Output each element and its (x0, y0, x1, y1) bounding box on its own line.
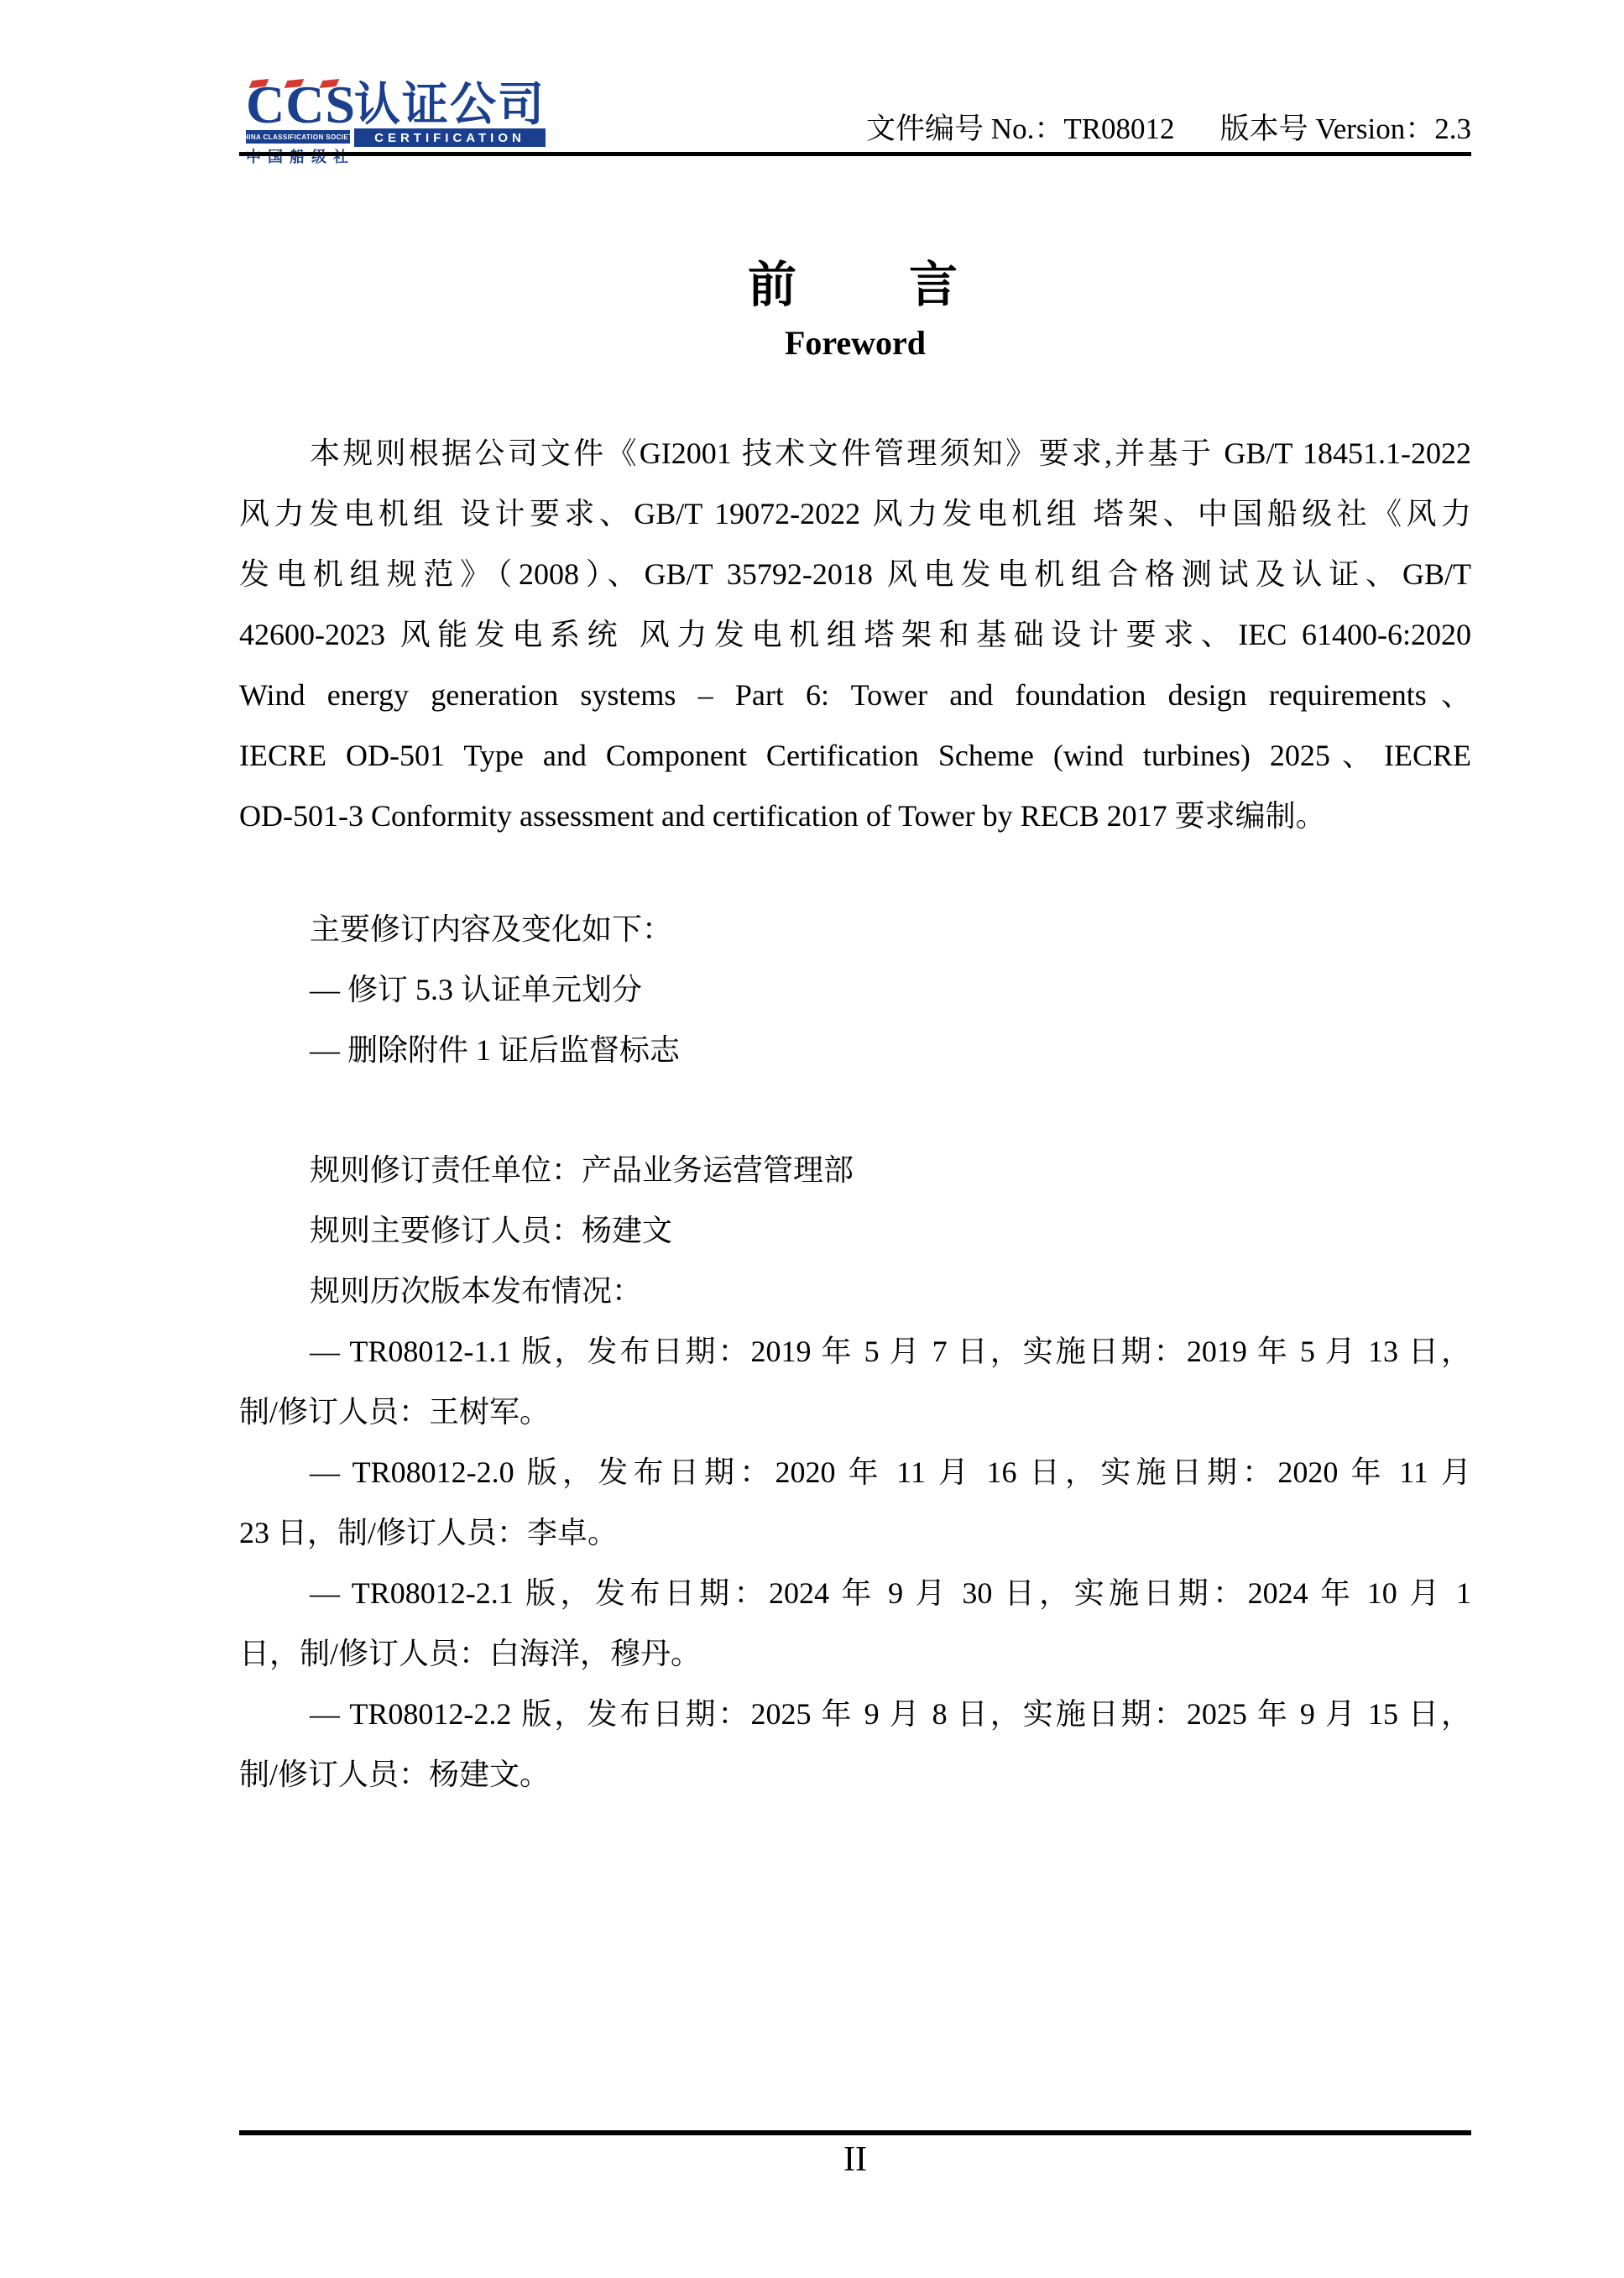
body-line: 日，制/修订人员：白海洋，穆丹。 (239, 1623, 1471, 1684)
body-line: 制/修订人员：王树军。 (239, 1382, 1471, 1442)
body-line: IECRE OD-501 Type and Component Certific… (239, 725, 1471, 786)
version-number: 版本号 Version：2.3 (1220, 112, 1471, 147)
body-line: 23 日，制/修订人员：李卓。 (239, 1502, 1471, 1563)
header-meta: 文件编号 No.：TR08012 版本号 Version：2.3 (239, 112, 1471, 147)
body-line: 规则历次版本发布情况： (239, 1261, 1471, 1321)
body-line: 规则修订责任单位：产品业务运营管理部 (239, 1140, 1471, 1200)
body-line: 制/修订人员：杨建文。 (239, 1744, 1471, 1805)
header-divider (239, 152, 1471, 156)
page-number: II (239, 2140, 1471, 2180)
body-line: — TR08012-1.1 版，发布日期：2019 年 5 月 7 日，实施日期… (239, 1321, 1471, 1382)
page-title-cn: 前 言 (239, 245, 1471, 316)
document-page: CCS CHINA CLASSIFICATION SOCIETY 中国船级社 认… (0, 0, 1624, 2278)
body-line: OD-501-3 Conformity assessment and certi… (239, 786, 1471, 846)
body-line: 规则主要修订人员：杨建文 (239, 1200, 1471, 1261)
body-line: Wind energy generation systems – Part 6:… (239, 665, 1471, 725)
body-line: — TR08012-2.1 版，发布日期：2024 年 9 月 30 日，实施日… (239, 1563, 1471, 1623)
body-line: — 删除附件 1 证后监督标志 (239, 1020, 1471, 1080)
body-line: 发电机组规范》（2008）、GB/T 35792-2018 风电发电机组合格测试… (239, 544, 1471, 604)
body-text: 本规则根据公司文件《GI2001 技术文件管理须知》要求,并基于 GB/T 18… (239, 423, 1471, 1805)
body-line: 本规则根据公司文件《GI2001 技术文件管理须知》要求,并基于 GB/T 18… (239, 423, 1471, 483)
body-line: — 修订 5.3 认证单元划分 (239, 959, 1471, 1020)
body-line: 42600-2023 风能发电系统 风力发电机组塔架和基础设计要求、IEC 61… (239, 604, 1471, 665)
body-line: — TR08012-2.2 版，发布日期：2025 年 9 月 8 日，实施日期… (239, 1684, 1471, 1744)
document-number: 文件编号 No.：TR08012 (866, 112, 1175, 147)
society-name-cn: 中国船级社 (246, 145, 350, 167)
page-title-en: Foreword (239, 323, 1471, 363)
body-line: — TR08012-2.0 版，发布日期：2020 年 11 月 16 日，实施… (239, 1442, 1471, 1502)
body-line: 风力发电机组 设计要求、GB/T 19072-2022 风力发电机组 塔架、中国… (239, 483, 1471, 544)
footer-divider (239, 2130, 1471, 2135)
body-line: 主要修订内容及变化如下： (239, 899, 1471, 959)
